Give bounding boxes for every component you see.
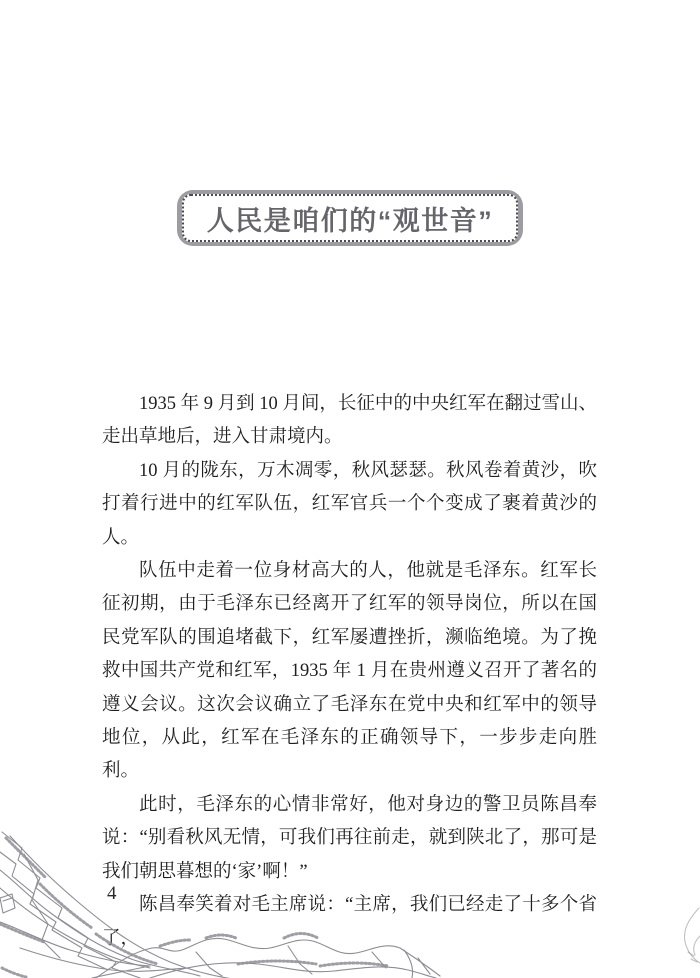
- body-text: 1935 年 9 月到 10 月间，长征中的中央红军在翻过雪山、走出草地后，进入…: [102, 388, 597, 956]
- corner-ornament-art: [678, 906, 700, 970]
- paragraph-4: 此时，毛泽东的心情非常好，他对身边的警卫员陈昌奉说：“别看秋风无情，可我们再往前…: [102, 789, 597, 889]
- book-page: 人民是咱们的“观世音” 1935 年 9 月到 10 月间，长征中的中央红军在翻…: [0, 0, 700, 978]
- paragraph-3: 队伍中走着一位身材高大的人，他就是毛泽东。红军长征初期，由于毛泽东已经离开了红军…: [102, 555, 597, 789]
- chapter-title-box: 人民是咱们的“观世音”: [177, 190, 523, 246]
- chapter-title: 人民是咱们的“观世音”: [207, 199, 494, 238]
- chapter-title-frame: 人民是咱们的“观世音”: [182, 194, 518, 242]
- paragraph-1: 1935 年 9 月到 10 月间，长征中的中央红军在翻过雪山、走出草地后，进入…: [102, 388, 597, 455]
- paragraph-2: 10 月的陇东，万木凋零，秋风瑟瑟。秋风卷着黄沙，吹打着行进中的红军队伍，红军官…: [102, 455, 597, 555]
- paragraph-5: 陈昌奉笑着对毛主席说：“主席，我们已经走了十多个省了，: [102, 889, 597, 956]
- page-number: 4: [107, 883, 117, 905]
